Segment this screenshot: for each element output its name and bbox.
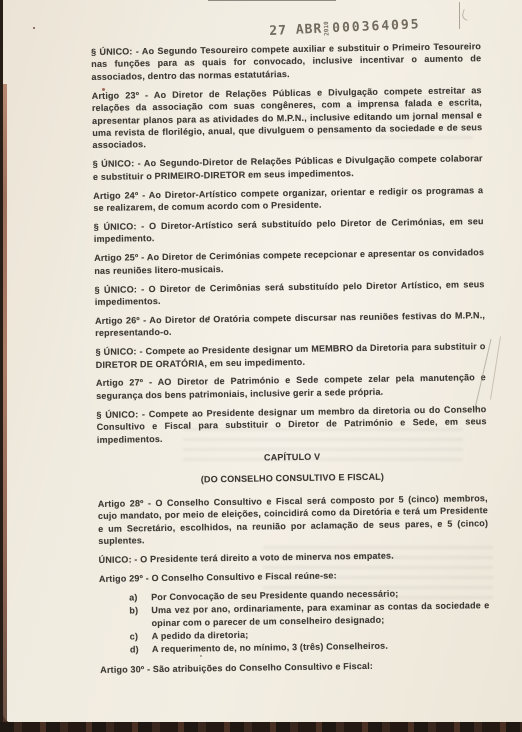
paragraph-artigo-27: Artigo 27º - AO Diretor de Património e … [96, 372, 486, 403]
paragraph-artigo-28: Artigo 28º - O Conselho Consultivo e Fis… [98, 492, 489, 547]
paragraph-unico-segundo-tesoureiro: § ÚNICO: - Ao Segundo Tesoureiro compete… [91, 40, 482, 83]
bleedthrough-smudge [183, 428, 463, 466]
paragraph-unico-diretor-artistico: § ÚNICO: - O Diretor-Artístico será subs… [94, 215, 484, 246]
stamp-protocol-number: 000364095 [332, 17, 421, 36]
paragraph-unico-membro-diretoria: § ÚNICO: - Compete ao Presidente designa… [95, 340, 485, 371]
bleedthrough-smudge [263, 546, 493, 604]
paper-speck [199, 648, 201, 650]
paragraph-unico-diretor-cerimonias: § ÚNICO: - O Diretor de Cerimônias será … [95, 278, 485, 309]
stamp-year-vertical: 2010 [324, 21, 331, 36]
scratch-mark [490, 336, 501, 399]
bottom-scan-edge [0, 722, 522, 732]
paragraph-artigo-25: Artigo 25º - Ao Diretor de Cerimónias co… [94, 246, 484, 277]
handwritten-mark [461, 9, 471, 21]
list-item-label: a) [129, 591, 151, 604]
list-item-label: d) [130, 644, 152, 657]
paragraph-unico-segundo-diretor: § ÚNICO: - Ao Segundo-Diretor de Relaçõe… [93, 152, 483, 183]
scanned-document-screenshot: { "stamp": { "date": "27 ABR", "year": "… [0, 0, 522, 732]
paper-speck [208, 316, 210, 319]
list-item-label: b) [129, 604, 151, 629]
document-page: 27 ABR 2010 000364095 § ÚNICO: - Ao Segu… [3, 0, 522, 723]
list-item-label: c) [130, 630, 152, 643]
bleedthrough-smudge [303, 96, 473, 140]
handwritten-mark [459, 2, 460, 29]
left-scan-edge [3, 84, 7, 724]
paper-speck [102, 88, 105, 91]
paragraph-artigo-24: Artigo 24º - Ao Diretor-Artístico compet… [93, 184, 483, 215]
paper-speck [200, 655, 202, 657]
paragraph-artigo-30: Artigo 30º - São atribuições do Conselho… [100, 658, 490, 676]
scan-edge-artifact [208, 0, 336, 1]
date-received-stamp: 27 ABR 2010 000364095 [269, 17, 421, 39]
paper-speck [33, 27, 35, 29]
chapter-subheading: (DO CONSELHO CONSULTIVO E FISCAL) [97, 470, 487, 488]
stamp-date: 27 ABR [269, 22, 323, 39]
paragraph-artigo-26: Artigo 26º - Ao Diretor de Oratória comp… [95, 309, 485, 340]
